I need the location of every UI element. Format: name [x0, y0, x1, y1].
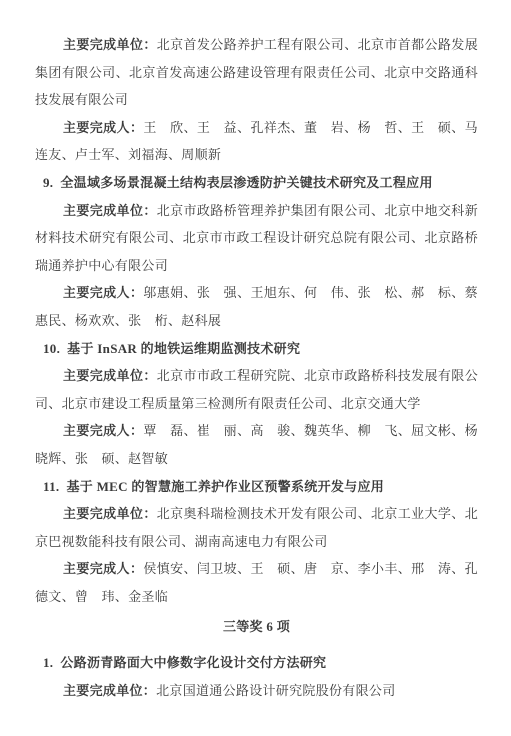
award-item-number: 9. — [43, 175, 53, 190]
document-page: 主要完成单位：北京首发公路养护工程有限公司、北京市首都公路发展集团有限公司、北京… — [0, 0, 511, 736]
units-paragraph: 主要完成单位：北京市市政工程研究院、北京市政路桥科技发展有限公司、北京市建设工程… — [35, 362, 478, 417]
persons-paragraph: 主要完成人：侯慎安、闫卫坡、王 硕、唐 京、李小丰、邢 涛、孔德文、曾 玮、金圣… — [35, 555, 478, 610]
award-item-number: 1. — [43, 655, 53, 670]
persons-label: 主要完成人： — [63, 120, 143, 135]
award-item-title: 1.公路沥青路面大中修数字化设计交付方法研究 — [35, 649, 478, 677]
award-item-title-text: 基于 InSAR 的地铁运维期监测技术研究 — [67, 341, 300, 356]
award-item-title: 9.全温域多场景混凝土结构表层渗透防护关键技术研究及工程应用 — [35, 169, 478, 197]
persons-paragraph: 主要完成人：邬惠娟、张 强、王旭东、何 伟、张 松、郝 标、蔡惠民、杨欢欢、张 … — [35, 279, 478, 334]
units-paragraph: 主要完成单位：北京国道通公路设计研究院股份有限公司 — [35, 677, 478, 705]
award-item-number: 10. — [43, 341, 60, 356]
award-item-title-text: 公路沥青路面大中修数字化设计交付方法研究 — [60, 655, 326, 670]
award-item-number: 11. — [43, 479, 59, 494]
persons-label: 主要完成人： — [63, 285, 143, 300]
award-item-title-text: 全温域多场景混凝土结构表层渗透防护关键技术研究及工程应用 — [60, 175, 432, 190]
persons-label: 主要完成人： — [63, 561, 143, 576]
persons-label: 主要完成人： — [63, 423, 143, 438]
units-label: 主要完成单位： — [63, 37, 157, 52]
units-paragraph: 主要完成单位：北京奥科瑞检测技术开发有限公司、北京工业大学、北京巴视数能科技有限… — [35, 500, 478, 555]
units-paragraph: 主要完成单位：北京首发公路养护工程有限公司、北京市首都公路发展集团有限公司、北京… — [35, 31, 478, 114]
units-paragraph: 主要完成单位：北京市政路桥管理养护集团有限公司、北京中地交科新材料技术研究有限公… — [35, 197, 478, 280]
award-item-title-text: 基于 MEC 的智慧施工养护作业区预警系统开发与应用 — [66, 479, 384, 494]
units-value: 北京国道通公路设计研究院股份有限公司 — [156, 683, 395, 698]
units-label: 主要完成单位： — [63, 506, 157, 521]
units-label: 主要完成单位： — [63, 203, 157, 218]
document-body: 主要完成单位：北京首发公路养护工程有限公司、北京市首都公路发展集团有限公司、北京… — [35, 31, 478, 704]
persons-paragraph: 主要完成人：王 欣、王 益、孔祥杰、董 岩、杨 哲、王 硕、马连友、卢士军、刘福… — [35, 114, 478, 169]
grade-section-heading: 三等奖 6 项 — [35, 613, 478, 641]
units-label: 主要完成单位： — [63, 683, 156, 698]
persons-paragraph: 主要完成人：覃 磊、崔 丽、高 骏、魏英华、柳 飞、屈文彬、杨晓辉、张 硕、赵智… — [35, 417, 478, 472]
units-label: 主要完成单位： — [63, 368, 157, 383]
award-item-title: 10.基于 InSAR 的地铁运维期监测技术研究 — [35, 335, 478, 363]
award-item-title: 11.基于 MEC 的智慧施工养护作业区预警系统开发与应用 — [35, 473, 478, 501]
